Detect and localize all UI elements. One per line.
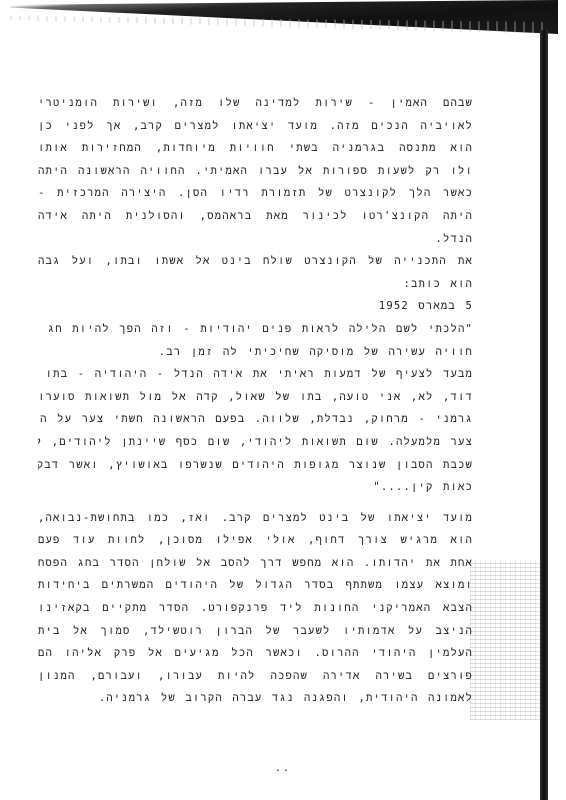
paragraph-3: מועד יציאתו של בינט למצרים קרב. ואז, כמו…: [38, 507, 473, 710]
text-line: הניצב על אדמותיו לשעבר של הברון רוטשילד,…: [38, 620, 473, 643]
text-line: הוא מרגיש צורך דחוף, אולי אפילו מסוכן, ל…: [38, 529, 473, 552]
text-line: הוא כותב:: [38, 273, 473, 296]
text-line: העלמין היהודי ההרוס. וכאשר הכל מגיעים אל…: [38, 642, 473, 665]
text-line: חוויה עשירה של מוסיקה שחיכיתי לה זמן רב.: [38, 341, 473, 364]
paragraph-1: שבהם האמין - שירות למדינה שלו מזה, ושירו…: [38, 92, 473, 250]
text-line: מבעד לצעיף של דמעות ראיתי את אידה הנדל -…: [38, 363, 473, 386]
text-line: כאות קין....": [38, 476, 473, 499]
text-line: שבהם האמין - שירות למדינה שלו מזה, ושירו…: [38, 92, 473, 115]
page-number-mark: ..: [0, 763, 566, 774]
text-line: היתה הקונצ'רטו לכינור מאת בראהמס, והסולנ…: [38, 205, 473, 228]
text-line: את התכנייה של הקונצרט שולח בינט אל אשתו …: [38, 250, 473, 273]
text-line: מועד יציאתו של בינט למצרים קרב. ואז, כמו…: [38, 507, 473, 530]
document-page: שבהם האמין - שירות למדינה שלו מזה, ושירו…: [38, 92, 473, 710]
text-line: גרמני - מרחוק, נבדלת, שלווה. בפעם הראשונ…: [38, 408, 473, 431]
text-line: כאשר הלך לקונצרט של תזמורת רדיו הסן. היצ…: [38, 182, 473, 205]
text-line: הצבא האמריקני החונות ליד פרנקפורט. הסדר …: [38, 597, 473, 620]
text-line: הוא מתנסה בגרמניה בשתי חוויות מיוחדות, ה…: [38, 137, 473, 160]
text-line: שכבת הסבון שנוצר מגופות היהודים שנשרפו ב…: [38, 454, 473, 477]
text-line: פורצים בשירה אדירה שהפכה להיות עבורו, וע…: [38, 665, 473, 688]
text-line: אחת את יהדותו. הוא מחפש דרך להסב אל שולח…: [38, 552, 473, 575]
text-line: לאויביה הנכים מזה. מועד יציאתו למצרים קר…: [38, 115, 473, 138]
text-line: ולו רק לשעות ספורות אל עברו האמיתי. החוו…: [38, 160, 473, 183]
text-line: דוד, לא, אני טועה, בתו של שאול, קדה אל מ…: [38, 386, 473, 409]
text-line: לאמונה היהודית, והפגנה נגד עברה הקרוב של…: [38, 687, 473, 710]
letter-date: 5 במארס 1952: [38, 295, 473, 318]
scan-border-right: [540, 30, 548, 800]
text-line: הנדל.: [38, 228, 473, 251]
text-line: ומוצא עצמו משתתף בסדר הגדול של היהודים ה…: [38, 574, 473, 597]
scan-noise-artifact: [470, 560, 540, 720]
letter-quote: "הלכתי לשם הלילה לראות פנים יהודיות - וז…: [38, 318, 473, 499]
text-line: צער מלמעלה. שום תשואות ליהודי, שום כסף ש…: [38, 431, 473, 454]
paragraph-2: את התכנייה של הקונצרט שולח בינט אל אשתו …: [38, 250, 473, 295]
spacer: [38, 499, 473, 507]
text-line: "הלכתי לשם הלילה לראות פנים יהודיות - וז…: [38, 318, 473, 341]
